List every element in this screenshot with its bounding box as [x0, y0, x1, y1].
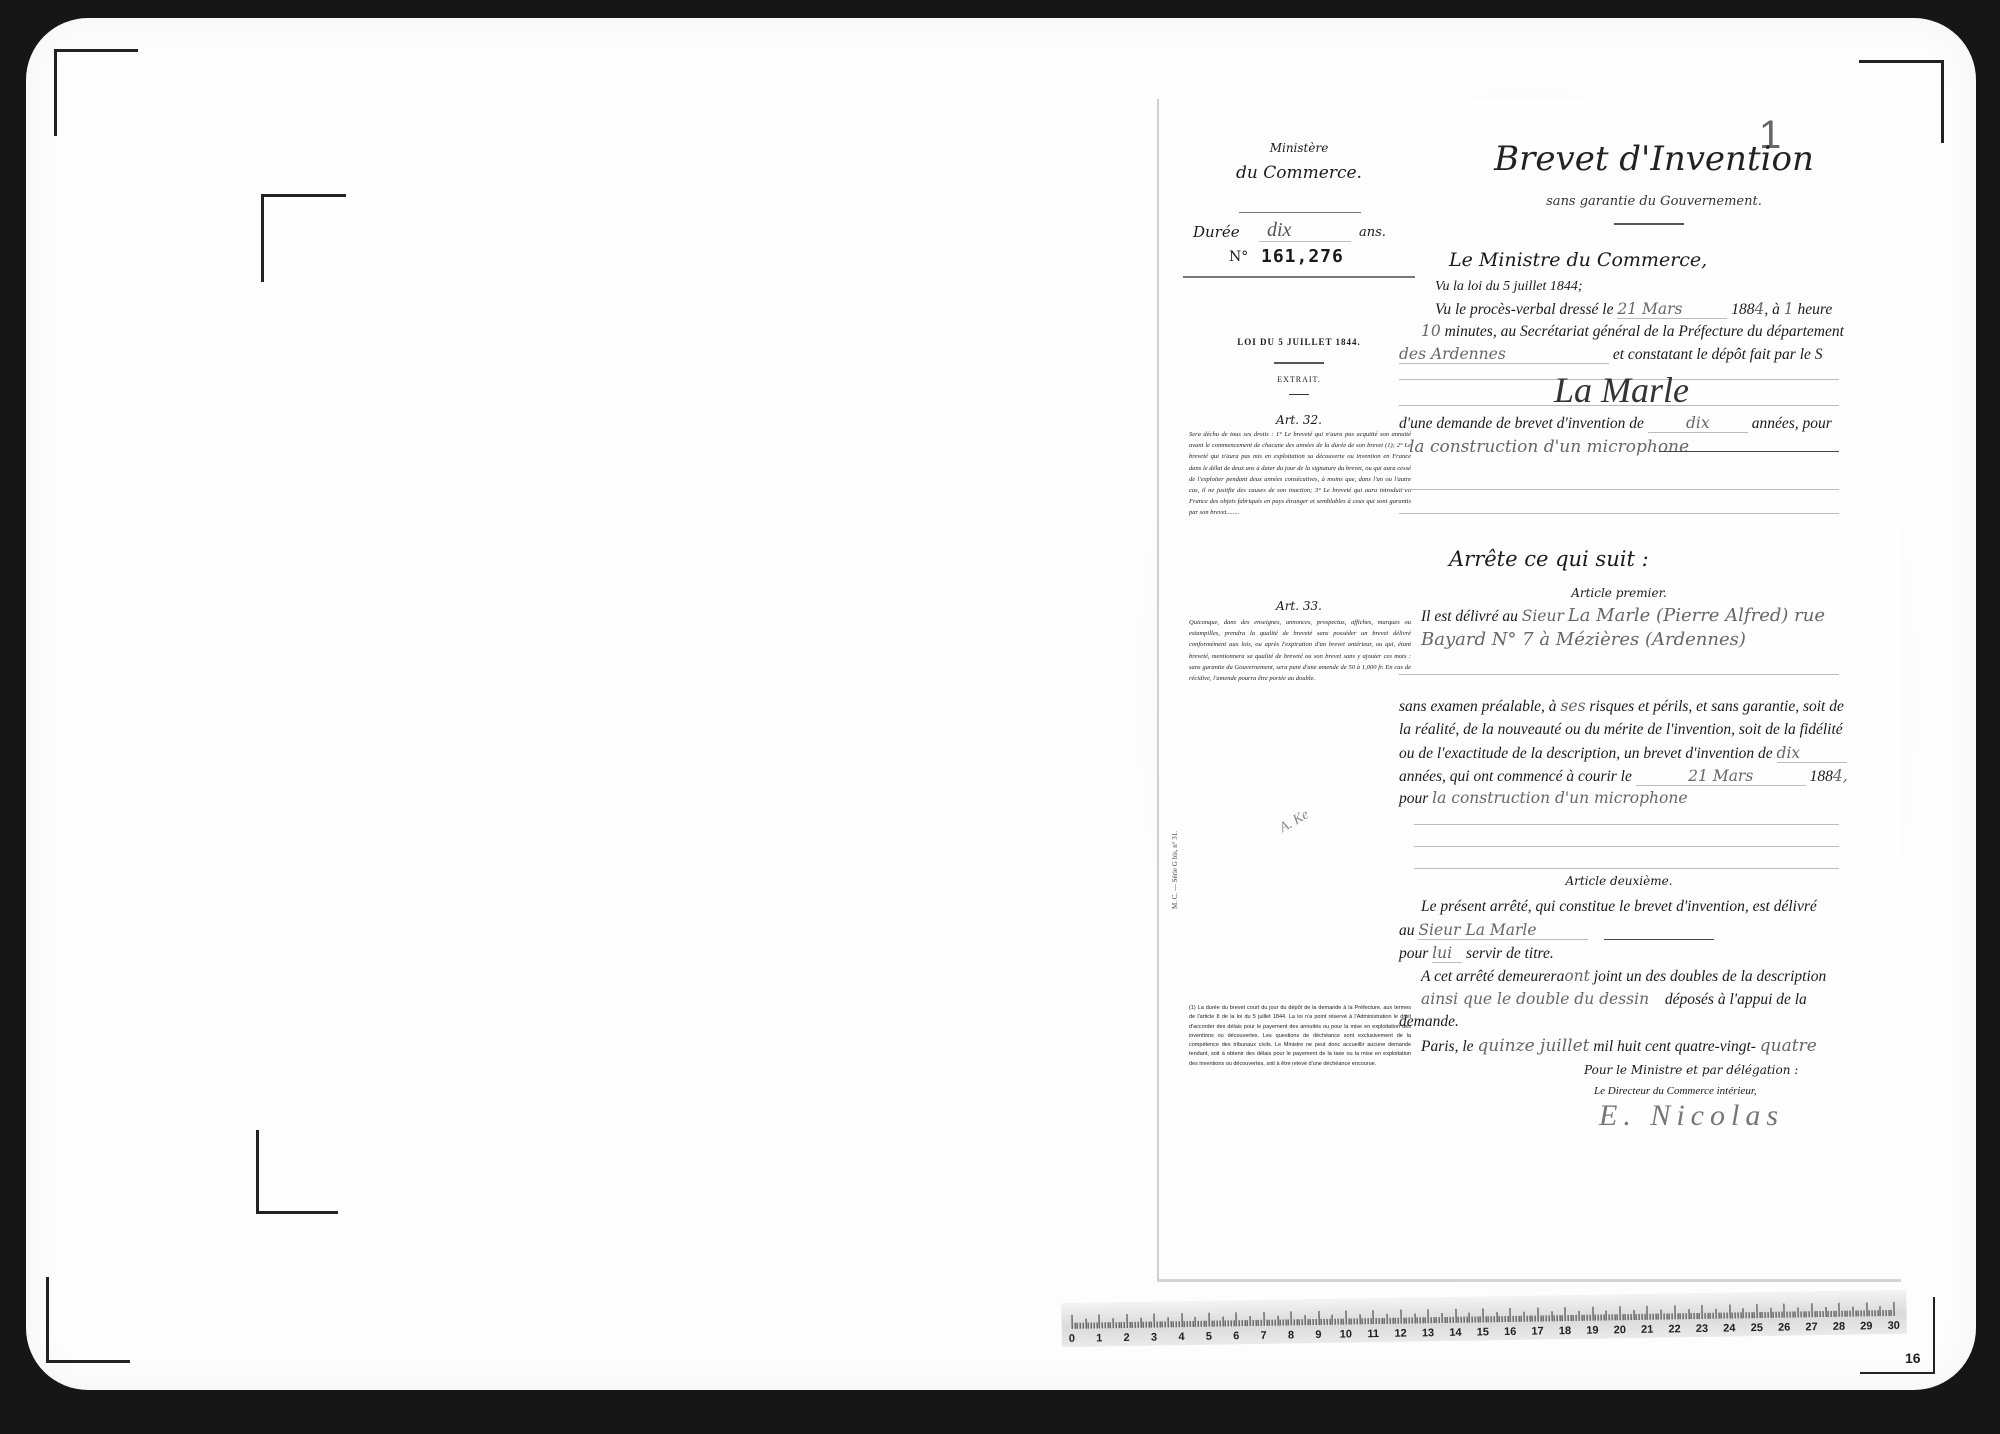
ruler-tick [1077, 1323, 1078, 1329]
law-heading: LOI DU 5 JUILLET 1844. [1179, 337, 1419, 347]
ruler-tick [1466, 1317, 1467, 1323]
ruler-tick [1513, 1316, 1514, 1322]
ruler-tick [1672, 1313, 1673, 1319]
ruler-label: 6 [1233, 1330, 1239, 1342]
ruler-tick [1208, 1313, 1209, 1327]
ruler-tick [1592, 1307, 1593, 1321]
ruler-tick [1795, 1311, 1796, 1317]
ruler-tick [1107, 1322, 1108, 1328]
ruler-tick [1126, 1314, 1127, 1328]
ruler-tick [1820, 1311, 1821, 1317]
vertical-imprint: M. C. — Série G bis, n° 31. [1171, 831, 1179, 909]
ruler-tick [1891, 1310, 1892, 1316]
ruler-tick [1633, 1310, 1634, 1320]
ruler-tick [1250, 1316, 1251, 1326]
ruler-tick [1104, 1322, 1105, 1328]
ruler-tick [1187, 1321, 1188, 1327]
ruler-tick [1480, 1316, 1481, 1322]
ruler-tick [1767, 1312, 1768, 1318]
ruler-tick [1115, 1322, 1116, 1328]
art1-recipient: Il est délivré au Sieur La Marle (Pierre… [1421, 605, 1825, 626]
ruler-tick [1546, 1315, 1547, 1321]
ruler-tick [1343, 1319, 1344, 1325]
ruler-tick [1773, 1312, 1774, 1318]
ruler-label: 23 [1696, 1323, 1708, 1335]
ruler-tick [1789, 1312, 1790, 1318]
ruler-tick [1852, 1307, 1853, 1317]
ruler-tick [1822, 1311, 1823, 1317]
ruler-tick [1776, 1312, 1777, 1318]
ruler-tick [1340, 1319, 1341, 1325]
ruler-tick [1663, 1314, 1664, 1320]
ruler-tick [1787, 1312, 1788, 1318]
ruler-tick [1099, 1314, 1100, 1328]
ruler-tick [1452, 1317, 1453, 1323]
ruler-label: 27 [1805, 1321, 1817, 1333]
ruler-tick [1285, 1319, 1286, 1325]
ruler-tick [1236, 1312, 1237, 1326]
ruler-tick [1811, 1303, 1812, 1317]
ruler-tick [1274, 1320, 1275, 1326]
art2-line1: Le présent arrêté, qui constitue le brev… [1421, 898, 1817, 916]
ruler-tick [1880, 1306, 1881, 1316]
ruler-tick [1203, 1321, 1204, 1327]
ruler-tick [1165, 1321, 1166, 1327]
ruler-tick [1707, 1313, 1708, 1319]
ruler-tick [1461, 1317, 1462, 1323]
ruler-tick [1636, 1314, 1637, 1320]
duration-value: dix [1267, 219, 1291, 242]
department: des Ardennes [1399, 345, 1609, 364]
ruler-tick [1737, 1312, 1738, 1318]
duration-label: Durée [1193, 223, 1240, 241]
ruler-tick [1883, 1310, 1884, 1316]
ruler-label: 1 [1096, 1332, 1102, 1344]
ruler-label: 4 [1178, 1331, 1184, 1343]
extract-heading: EXTRAIT. [1179, 375, 1419, 384]
ruler-tick [1554, 1315, 1555, 1321]
ruler-tick [1189, 1321, 1190, 1327]
ruler-tick [1469, 1313, 1470, 1323]
ruler-tick [1255, 1320, 1256, 1326]
art2-line4: A cet arrêté demeureraont joint un des d… [1421, 967, 1826, 986]
ruler-tick [1195, 1317, 1196, 1327]
art1-line2: la réalité, de la nouveauté ou du mérite… [1399, 721, 1843, 739]
ministry-line1: Ministère [1179, 141, 1419, 155]
ruler-tick [1231, 1320, 1232, 1326]
ruler-tick [1277, 1316, 1278, 1326]
ruler-tick [1869, 1310, 1870, 1316]
ruler-tick [1557, 1315, 1558, 1321]
ruler-tick [1631, 1314, 1632, 1320]
ruler-tick [1345, 1311, 1346, 1325]
patent-document: Ministère du Commerce. Durée dix ans. N°… [1157, 99, 1901, 1282]
ruler-tick [1715, 1309, 1716, 1319]
article2-heading: Article deuxième. [1489, 874, 1749, 888]
ruler-tick [1680, 1313, 1681, 1319]
duration-unit: ans. [1359, 225, 1386, 240]
ruler-label: 19 [1586, 1325, 1598, 1337]
ruler-tick [1584, 1315, 1585, 1321]
ruler-tick [1225, 1320, 1226, 1326]
ruler-tick [1729, 1305, 1730, 1319]
ruler-tick [1609, 1314, 1610, 1320]
ruler-tick [1740, 1312, 1741, 1318]
ruler-tick [1504, 1316, 1505, 1322]
ruler-tick [1754, 1312, 1755, 1318]
ruler-tick [1184, 1321, 1185, 1327]
ruler-tick [1296, 1319, 1297, 1325]
ruler-tick [1280, 1320, 1281, 1326]
ruler-tick [1526, 1316, 1527, 1322]
ruler-tick [1537, 1308, 1538, 1322]
ruler-tick [1559, 1315, 1560, 1321]
number-label: N° [1229, 249, 1248, 265]
ruler-tick [1411, 1317, 1412, 1323]
ruler-tick [1669, 1313, 1670, 1319]
ruler-tick [1154, 1314, 1155, 1328]
ruler-tick [1299, 1319, 1300, 1325]
ruler-tick [1844, 1311, 1845, 1317]
ruler-tick [1598, 1315, 1599, 1321]
ruler-tick [1499, 1316, 1500, 1322]
ruler-tick [1365, 1318, 1366, 1324]
ruler-tick [1135, 1322, 1136, 1328]
ruler-tick [1696, 1313, 1697, 1319]
ruler-tick [1661, 1310, 1662, 1320]
art33-text: Quiconque, dans des enseignes, annonces,… [1189, 617, 1411, 684]
ruler-tick [1893, 1302, 1894, 1316]
ruler-tick [1113, 1318, 1114, 1328]
ruler-tick [1491, 1316, 1492, 1322]
ruler-tick [1173, 1321, 1174, 1327]
invention-object: la construction d'un microphone [1409, 437, 1689, 457]
ruler-tick [1529, 1316, 1530, 1322]
ruler-tick [1688, 1309, 1689, 1319]
ruler-label: 11 [1367, 1328, 1379, 1340]
ruler-tick [1817, 1311, 1818, 1317]
ruler-tick [1839, 1303, 1840, 1317]
ruler-tick [1515, 1316, 1516, 1322]
art1-address: Bayard N° 7 à Mézières (Ardennes) [1421, 629, 1746, 650]
ruler-tick [1751, 1312, 1752, 1318]
ruler-tick [1348, 1318, 1349, 1324]
ruler-tick [1507, 1316, 1508, 1322]
ruler-tick [1178, 1321, 1179, 1327]
ruler-tick [1806, 1311, 1807, 1317]
ruler-tick [1398, 1318, 1399, 1324]
ruler-tick [1071, 1315, 1072, 1329]
art1-line5: pour la construction d'un microphone [1399, 789, 1688, 808]
ruler-tick [1151, 1322, 1152, 1328]
ruler-tick [1735, 1312, 1736, 1318]
ruler-tick [1140, 1318, 1141, 1328]
ruler-tick [1502, 1316, 1503, 1322]
ruler-tick [1570, 1315, 1571, 1321]
ruler-tick [1283, 1320, 1284, 1326]
art2-line2: au Sieur La Marle [1399, 921, 1588, 940]
ruler-tick [1132, 1322, 1133, 1328]
ruler-tick [1321, 1319, 1322, 1325]
ruler-tick [1148, 1322, 1149, 1328]
line-minutes: 10 minutes, au Secrétariat général de la… [1421, 322, 1844, 341]
ruler-tick [1450, 1317, 1451, 1323]
ruler-tick [1261, 1320, 1262, 1326]
ruler-tick [1351, 1318, 1352, 1324]
ruler-tick [1370, 1318, 1371, 1324]
art1-line1: sans examen préalable, à ses risques et … [1399, 697, 1844, 716]
ruler-tick [1658, 1314, 1659, 1320]
ruler-tick [1332, 1315, 1333, 1325]
ruler-tick [1192, 1321, 1193, 1327]
ruler-tick [1759, 1312, 1760, 1318]
ruler-tick [1524, 1312, 1525, 1322]
ruler-tick [1872, 1310, 1873, 1316]
ruler-tick [1162, 1321, 1163, 1327]
footnote: (1) La durée du brevet court du jour du … [1189, 1004, 1411, 1069]
ruler-tick [1644, 1314, 1645, 1320]
ornament-rule [1239, 212, 1361, 213]
ruler-tick [1746, 1312, 1747, 1318]
ruler-tick [1543, 1315, 1544, 1321]
ruler-tick [1094, 1322, 1095, 1328]
ruler-tick [1600, 1315, 1601, 1321]
ruler-tick [1367, 1318, 1368, 1324]
ruler-label: 13 [1422, 1327, 1434, 1339]
ruler-tick [1091, 1323, 1092, 1329]
ruler-tick [1406, 1318, 1407, 1324]
ruler-tick [1778, 1312, 1779, 1318]
ruler-tick [1535, 1316, 1536, 1322]
ruler-tick [1603, 1314, 1604, 1320]
ruler-tick [1850, 1311, 1851, 1317]
ruler-tick [1307, 1319, 1308, 1325]
ruler-tick [1258, 1320, 1259, 1326]
ruler-tick [1214, 1321, 1215, 1327]
handwritten-annotation: A. Ke [1277, 807, 1312, 836]
ruler-tick [1702, 1305, 1703, 1319]
ruler-tick [1392, 1318, 1393, 1324]
ruler-tick [1129, 1322, 1130, 1328]
ruler-tick [1855, 1311, 1856, 1317]
ruler-tick [1521, 1316, 1522, 1322]
ruler-tick [1704, 1313, 1705, 1319]
ruler-tick [1211, 1321, 1212, 1327]
ruler-tick [1617, 1314, 1618, 1320]
ruler-tick [1362, 1318, 1363, 1324]
ruler-tick [1655, 1314, 1656, 1320]
ruler-tick [1578, 1311, 1579, 1321]
ruler-tick [1674, 1305, 1675, 1319]
ruler-label: 20 [1614, 1324, 1626, 1336]
ruler-tick [1389, 1318, 1390, 1324]
ruler-tick [1589, 1315, 1590, 1321]
ruler-tick [1496, 1312, 1497, 1322]
ruler-tick [1381, 1318, 1382, 1324]
ruler-tick [1713, 1313, 1714, 1319]
ruler-tick [1595, 1315, 1596, 1321]
ruler-tick [1611, 1314, 1612, 1320]
ruler-tick [1170, 1321, 1171, 1327]
ruler-tick [1825, 1307, 1826, 1317]
ruler-tick [1836, 1311, 1837, 1317]
ruler-tick [1488, 1316, 1489, 1322]
ruler-tick [1181, 1313, 1182, 1327]
ruler-tick [1828, 1311, 1829, 1317]
ruler-tick [1724, 1313, 1725, 1319]
ruler-tick [1858, 1310, 1859, 1316]
ruler-tick [1431, 1317, 1432, 1323]
ruler-tick [1562, 1315, 1563, 1321]
ruler-tick [1677, 1313, 1678, 1319]
ruler-tick [1888, 1310, 1889, 1316]
ruler-tick [1269, 1320, 1270, 1326]
ruler-tick [1748, 1312, 1749, 1318]
ruler-tick [1200, 1321, 1201, 1327]
ruler-tick [1074, 1323, 1075, 1329]
ruler-tick [1373, 1310, 1374, 1324]
ruler-tick [1417, 1317, 1418, 1323]
ruler-label: 28 [1833, 1321, 1845, 1333]
ruler-label: 14 [1449, 1327, 1461, 1339]
ruler-tick [1726, 1313, 1727, 1319]
ruler-tick [1420, 1317, 1421, 1323]
line-vu-loi: Vu la loi du 5 juillet 1844; [1435, 279, 1583, 295]
ruler-tick [1387, 1314, 1388, 1324]
ruler-tick [1439, 1317, 1440, 1323]
ruler-tick [1315, 1319, 1316, 1325]
ruler-tick [1732, 1312, 1733, 1318]
ruler-tick [1666, 1313, 1667, 1319]
ruler-tick [1310, 1319, 1311, 1325]
ruler-tick [1510, 1308, 1511, 1322]
ruler-tick [1581, 1315, 1582, 1321]
ruler-tick [1444, 1317, 1445, 1323]
ruler-tick [1102, 1322, 1103, 1328]
ruler-tick [1239, 1320, 1240, 1326]
ruler-tick [1540, 1315, 1541, 1321]
signature-line2: Le Directeur du Commerce intérieur, [1594, 1085, 1757, 1097]
ruler-tick [1532, 1316, 1533, 1322]
ruler-tick [1455, 1309, 1456, 1323]
ruler-label: 18 [1559, 1325, 1571, 1337]
ruler-tick [1121, 1322, 1122, 1328]
ruler-tick [1137, 1322, 1138, 1328]
signature-line1: Pour le Ministre et par délégation : [1584, 1063, 1798, 1077]
ruler-label: 15 [1477, 1326, 1489, 1338]
ruler-tick [1798, 1307, 1799, 1317]
ruler-tick [1422, 1317, 1423, 1323]
art32-title: Art. 32. [1179, 413, 1419, 427]
ruler-tick [1263, 1312, 1264, 1326]
ruler-tick [1198, 1321, 1199, 1327]
director-signature: E. Nicolas [1599, 1099, 1784, 1133]
ruler-tick [1403, 1318, 1404, 1324]
ruler-tick [1847, 1311, 1848, 1317]
ruler-tick [1784, 1304, 1785, 1318]
ruler-tick [1395, 1318, 1396, 1324]
ruler-tick [1625, 1314, 1626, 1320]
ruler-tick [1458, 1317, 1459, 1323]
ruler-tick [1228, 1320, 1229, 1326]
ruler-label: 26 [1778, 1322, 1790, 1334]
ruler-tick [1354, 1318, 1355, 1324]
ruler-tick [1619, 1306, 1620, 1320]
ruler-tick [1781, 1312, 1782, 1318]
ruler-tick [1400, 1310, 1401, 1324]
ruler-tick [1606, 1310, 1607, 1320]
art2-line5: ainsi que le double du dessin déposés à … [1421, 990, 1807, 1009]
art32-text: Sera déchu de tous ses droits : 1° Le br… [1189, 429, 1411, 519]
minister-heading: Le Ministre du Commerce, [1449, 249, 1707, 271]
ruler-tick [1118, 1322, 1119, 1328]
ruler-tick [1861, 1310, 1862, 1316]
ruler-tick [1551, 1311, 1552, 1321]
ruler-tick [1335, 1319, 1336, 1325]
ruler-tick [1291, 1311, 1292, 1325]
ruler-tick [1494, 1316, 1495, 1322]
ruler-label: 5 [1206, 1331, 1212, 1343]
ruler-tick [1482, 1308, 1483, 1322]
ruler-tick [1472, 1317, 1473, 1323]
ruler-label: 25 [1751, 1322, 1763, 1334]
ruler-tick [1841, 1311, 1842, 1317]
ruler-tick [1324, 1319, 1325, 1325]
ruler-tick [1357, 1318, 1358, 1324]
ruler-label: 12 [1394, 1328, 1406, 1340]
ruler-tick [1143, 1322, 1144, 1328]
ruler-tick [1814, 1311, 1815, 1317]
ruler-tick [1288, 1319, 1289, 1325]
ruler-tick [1885, 1310, 1886, 1316]
ruler-tick [1244, 1320, 1245, 1326]
ruler-tick [1650, 1314, 1651, 1320]
ruler-tick [1167, 1317, 1168, 1327]
ruler-tick [1721, 1313, 1722, 1319]
ruler-tick [1157, 1321, 1158, 1327]
ruler-tick [1233, 1320, 1234, 1326]
ruler-tick [1409, 1318, 1410, 1324]
ruler-tick [1691, 1313, 1692, 1319]
ruler-tick [1337, 1319, 1338, 1325]
ruler-tick [1441, 1313, 1442, 1323]
ruler-tick [1833, 1311, 1834, 1317]
ruler-label: 9 [1315, 1329, 1321, 1341]
ruler-tick [1206, 1321, 1207, 1327]
ruler-tick [1762, 1312, 1763, 1318]
ruler-tick [1217, 1321, 1218, 1327]
ruler-label: 8 [1288, 1329, 1294, 1341]
ruler-label: 21 [1641, 1324, 1653, 1336]
ruler-label: 2 [1124, 1332, 1130, 1344]
ruler-tick [1447, 1317, 1448, 1323]
ruler-tick [1792, 1312, 1793, 1318]
ruler-tick [1124, 1322, 1125, 1328]
ruler-tick [1683, 1313, 1684, 1319]
ruler-label: 0 [1069, 1333, 1075, 1345]
ruler-tick [1699, 1313, 1700, 1319]
ruler-tick [1304, 1315, 1305, 1325]
ruler-tick [1474, 1317, 1475, 1323]
ruler-tick [1485, 1316, 1486, 1322]
ruler-tick [1146, 1322, 1147, 1328]
line-demande: d'une demande de brevet d'invention de d… [1399, 414, 1832, 433]
document-title: Brevet d'Invention [1419, 139, 1889, 179]
pv-date: 21 Mars [1617, 300, 1727, 319]
patent-number: 161,276 [1261, 246, 1344, 267]
ruler-label: 24 [1723, 1322, 1735, 1334]
ruler-tick [1803, 1311, 1804, 1317]
